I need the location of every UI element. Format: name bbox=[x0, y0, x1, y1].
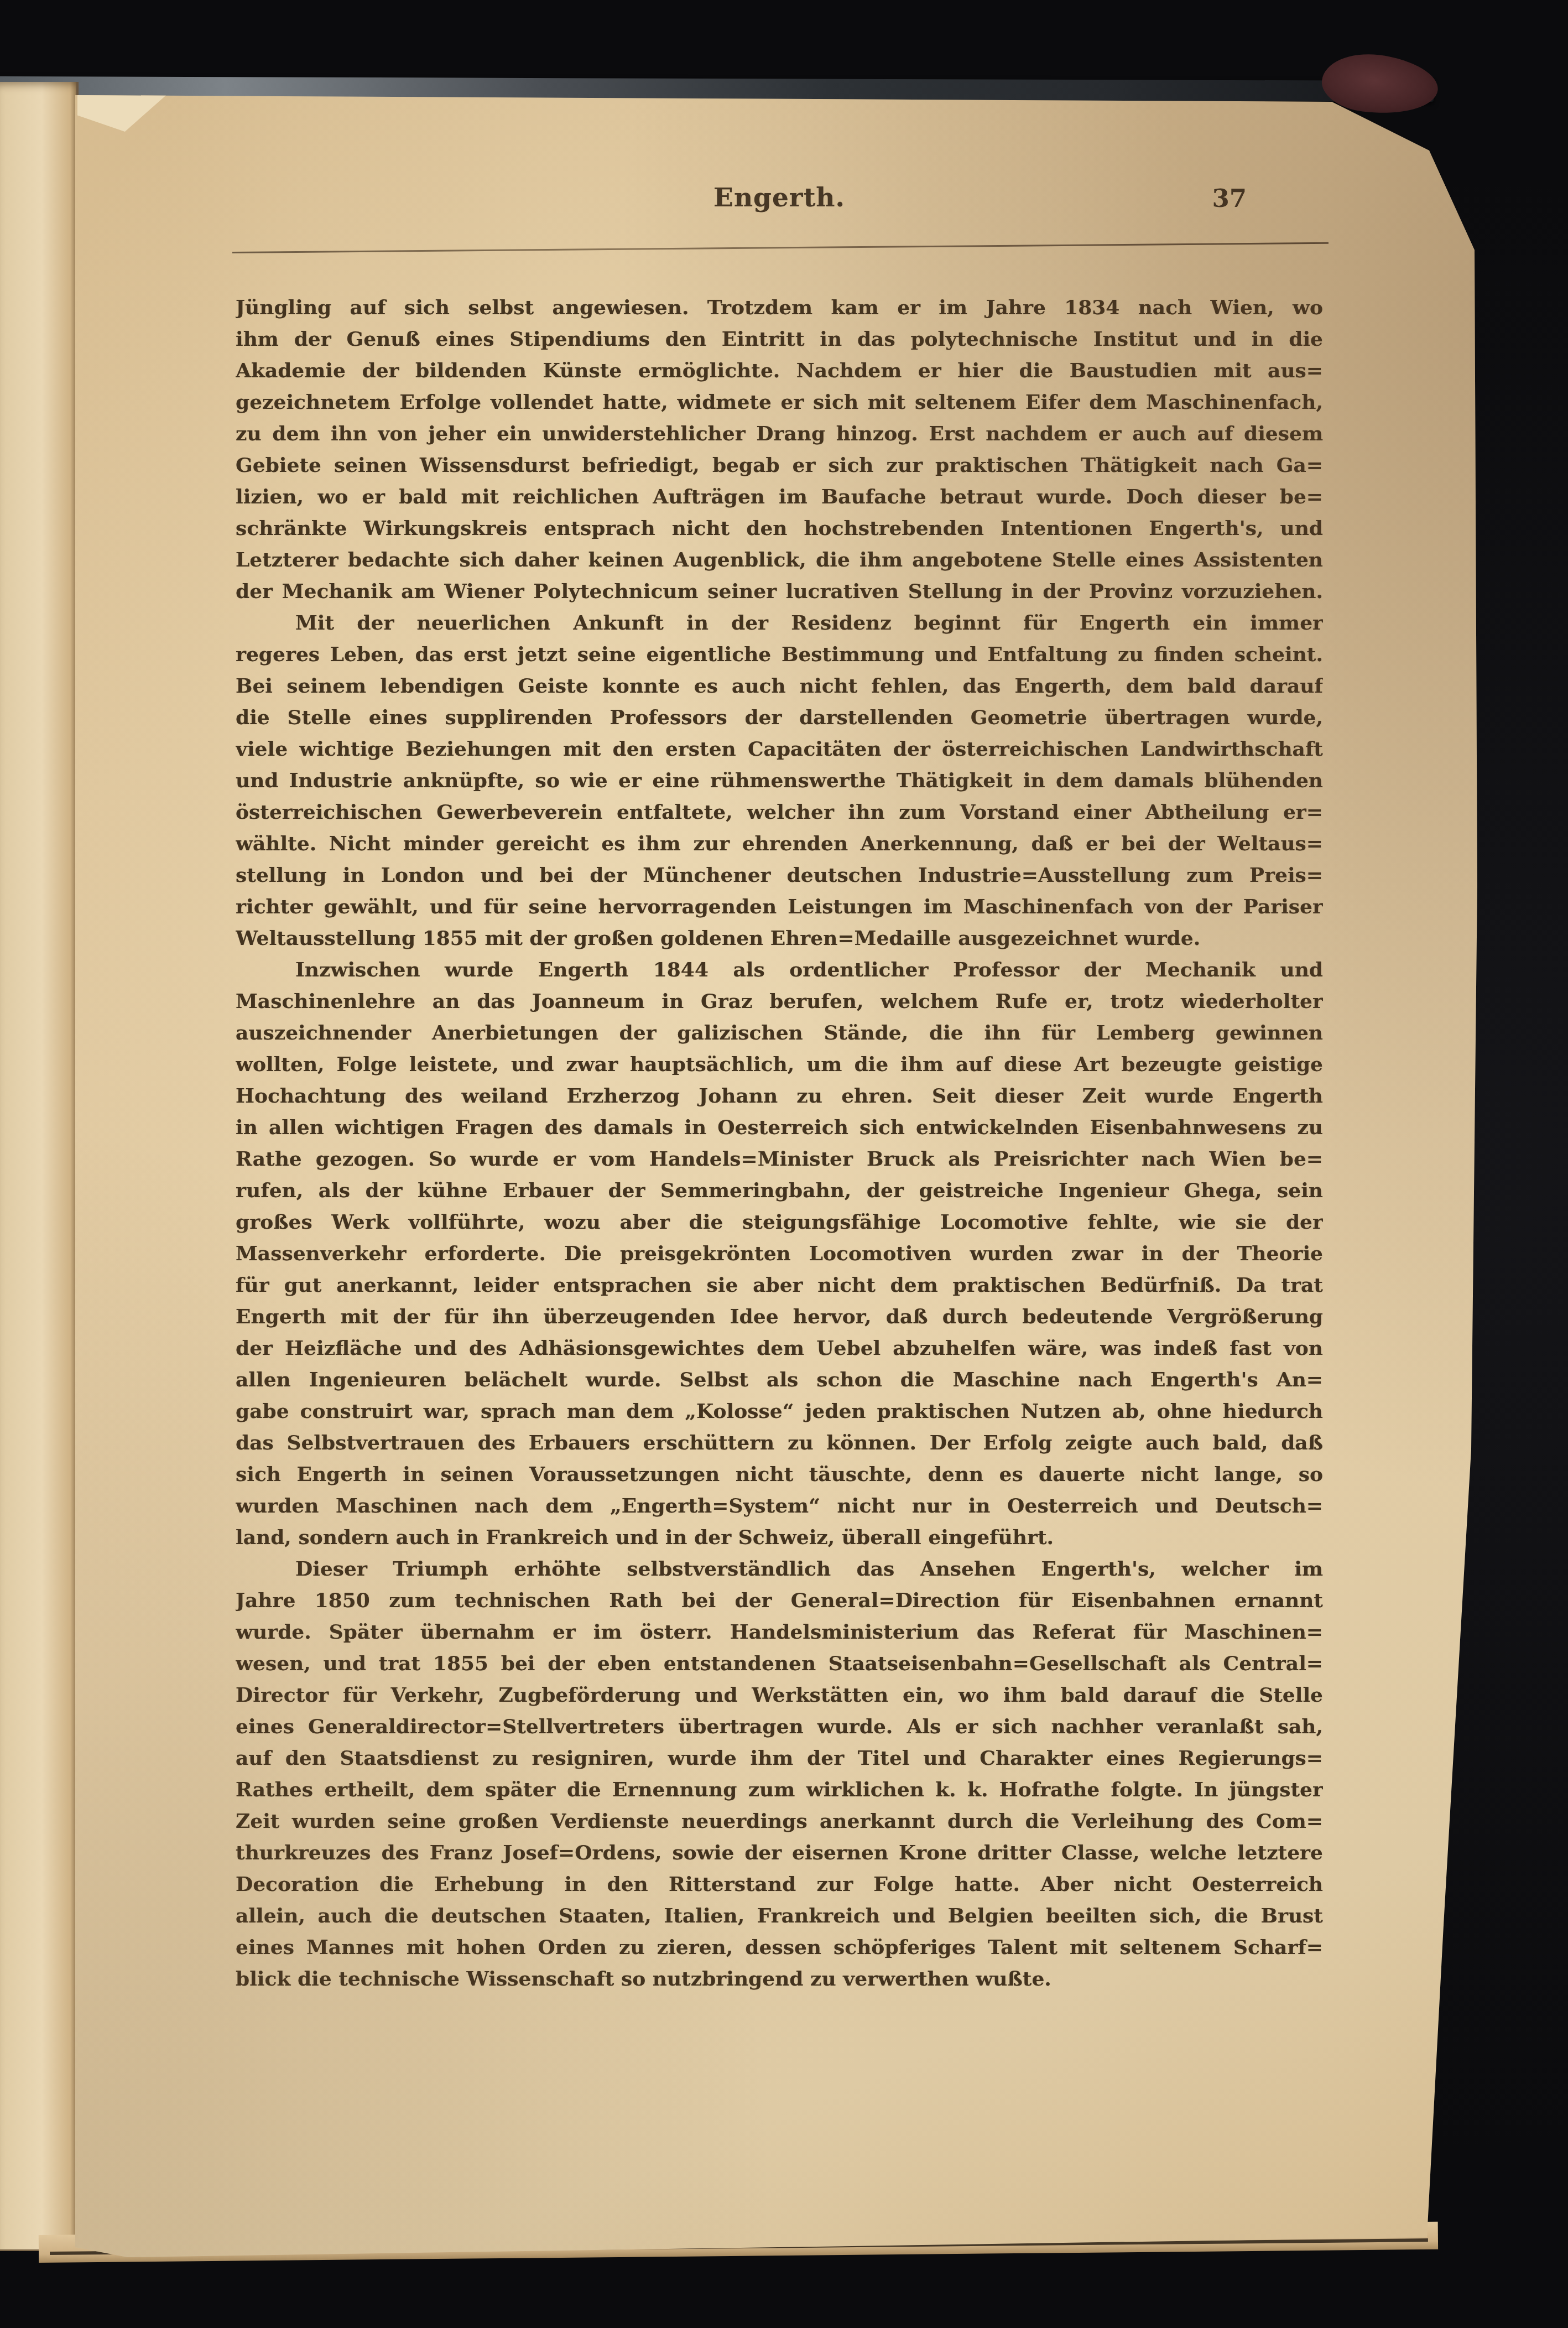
text-line: auf den Staatsdienst zu resigniren, wurd… bbox=[236, 1743, 1323, 1774]
text-line: Gebiete seinen Wissensdurst befriedigt, … bbox=[236, 450, 1323, 481]
text-line: allen Ingenieuren belächelt wurde. Selbs… bbox=[236, 1364, 1323, 1396]
body-text: Jüngling auf sich selbst angewiesen. Tro… bbox=[236, 292, 1323, 1995]
text-line: rufen, als der kühne Erbauer der Semmeri… bbox=[236, 1175, 1323, 1207]
text-line: die Stelle eines supplirenden Professors… bbox=[236, 702, 1323, 734]
text-area: Engerth. 37 Jüngling auf sich selbst ang… bbox=[236, 0, 1323, 2328]
text-line: wurden Maschinen nach dem „Engerth=Syste… bbox=[236, 1490, 1323, 1522]
text-line: Massenverkehr erforderte. Die preisgekrö… bbox=[236, 1238, 1323, 1270]
text-line: Weltausstellung 1855 mit der großen gold… bbox=[236, 923, 1323, 954]
text-line: wesen, und trat 1855 bei der eben entsta… bbox=[236, 1648, 1323, 1680]
text-line: österreichischen Gewerbeverein entfaltet… bbox=[236, 797, 1323, 828]
text-line: und Industrie anknüpfte, so wie er eine … bbox=[236, 765, 1323, 797]
text-line: Engerth mit der für ihn überzeugenden Id… bbox=[236, 1301, 1323, 1333]
text-line: lizien, wo er bald mit reichlichen Auftr… bbox=[236, 481, 1323, 513]
text-line: richter gewählt, und für seine hervorrag… bbox=[236, 891, 1323, 923]
text-line: Zeit wurden seine großen Verdienste neue… bbox=[236, 1806, 1323, 1837]
text-line: Letzterer bedachte sich daher keinen Aug… bbox=[236, 544, 1323, 576]
text-line: großes Werk vollführte, wozu aber die st… bbox=[236, 1207, 1323, 1238]
text-line: für gut anerkannt, leider entsprachen si… bbox=[236, 1270, 1323, 1301]
paper-tear bbox=[77, 93, 169, 132]
text-line: wählte. Nicht minder gereicht es ihm zur… bbox=[236, 828, 1323, 860]
text-line: Inzwischen wurde Engerth 1844 als ordent… bbox=[236, 954, 1323, 986]
text-line: thurkreuzes des Franz Josef=Ordens, sowi… bbox=[236, 1837, 1323, 1869]
underlying-page-edge bbox=[0, 82, 79, 2251]
text-line: Bei seinem lebendigen Geiste konnte es a… bbox=[236, 671, 1323, 702]
text-line: wollten, Folge leistete, und zwar haupts… bbox=[236, 1049, 1323, 1080]
header-rule bbox=[232, 242, 1329, 253]
text-line: eines Generaldirector=Stellvertreters üb… bbox=[236, 1711, 1323, 1743]
text-line: land, sondern auch in Frankreich und in … bbox=[236, 1522, 1323, 1553]
text-line: eines Mannes mit hohen Orden zu zieren, … bbox=[236, 1932, 1323, 1963]
text-line: Maschinenlehre an das Joanneum in Graz b… bbox=[236, 986, 1323, 1017]
text-line: viele wichtige Beziehungen mit den erste… bbox=[236, 734, 1323, 765]
text-line: gabe construirt war, sprach man dem „Kol… bbox=[236, 1396, 1323, 1427]
text-line: gezeichnetem Erfolge vollendet hatte, wi… bbox=[236, 387, 1323, 418]
text-line: in allen wichtigen Fragen des damals in … bbox=[236, 1112, 1323, 1144]
text-line: Rathes ertheilt, dem später die Ernennun… bbox=[236, 1774, 1323, 1806]
page-number: 37 bbox=[1212, 184, 1247, 213]
text-line: der Heizfläche und des Adhäsionsgewichte… bbox=[236, 1333, 1323, 1364]
text-line: Jahre 1850 zum technischen Rath bei der … bbox=[236, 1585, 1323, 1617]
text-line: blick die technische Wissenschaft so nut… bbox=[236, 1963, 1323, 1995]
text-line: ihm der Genuß eines Stipendiums den Eint… bbox=[236, 324, 1323, 355]
text-line: schränkte Wirkungskreis entsprach nicht … bbox=[236, 513, 1323, 544]
text-line: Decoration die Erhebung in den Rittersta… bbox=[236, 1869, 1323, 1900]
text-line: regeres Leben, das erst jetzt seine eige… bbox=[236, 639, 1323, 671]
text-line: Mit der neuerlichen Ankunft in der Resid… bbox=[236, 607, 1323, 639]
book-page: Engerth. 37 Jüngling auf sich selbst ang… bbox=[0, 0, 1568, 2328]
text-line: sich Engerth in seinen Voraussetzungen n… bbox=[236, 1459, 1323, 1490]
text-line: wurde. Später übernahm er im österr. Han… bbox=[236, 1617, 1323, 1648]
text-line: Director für Verkehr, Zugbeförderung und… bbox=[236, 1680, 1323, 1711]
page-header: Engerth. 37 bbox=[236, 183, 1323, 218]
running-header-title: Engerth. bbox=[713, 183, 845, 213]
text-line: Rathe gezogen. So wurde er vom Handels=M… bbox=[236, 1144, 1323, 1175]
text-line: stellung in London und bei der Münchener… bbox=[236, 860, 1323, 891]
text-line: Dieser Triumph erhöhte selbstverständlic… bbox=[236, 1553, 1323, 1585]
text-line: das Selbstvertrauen des Erbauers erschüt… bbox=[236, 1427, 1323, 1459]
scan-background: Engerth. 37 Jüngling auf sich selbst ang… bbox=[0, 0, 1568, 2328]
text-line: Hochachtung des weiland Erzherzog Johann… bbox=[236, 1080, 1323, 1112]
text-line: zu dem ihn von jeher ein unwiderstehlich… bbox=[236, 418, 1323, 450]
text-line: der Mechanik am Wiener Polytechnicum sei… bbox=[236, 576, 1323, 607]
text-line: Jüngling auf sich selbst angewiesen. Tro… bbox=[236, 292, 1323, 324]
text-line: auszeichnender Anerbietungen der galizis… bbox=[236, 1017, 1323, 1049]
text-line: Akademie der bildenden Künste ermöglicht… bbox=[236, 355, 1323, 387]
text-line: allein, auch die deutschen Staaten, Ital… bbox=[236, 1900, 1323, 1932]
